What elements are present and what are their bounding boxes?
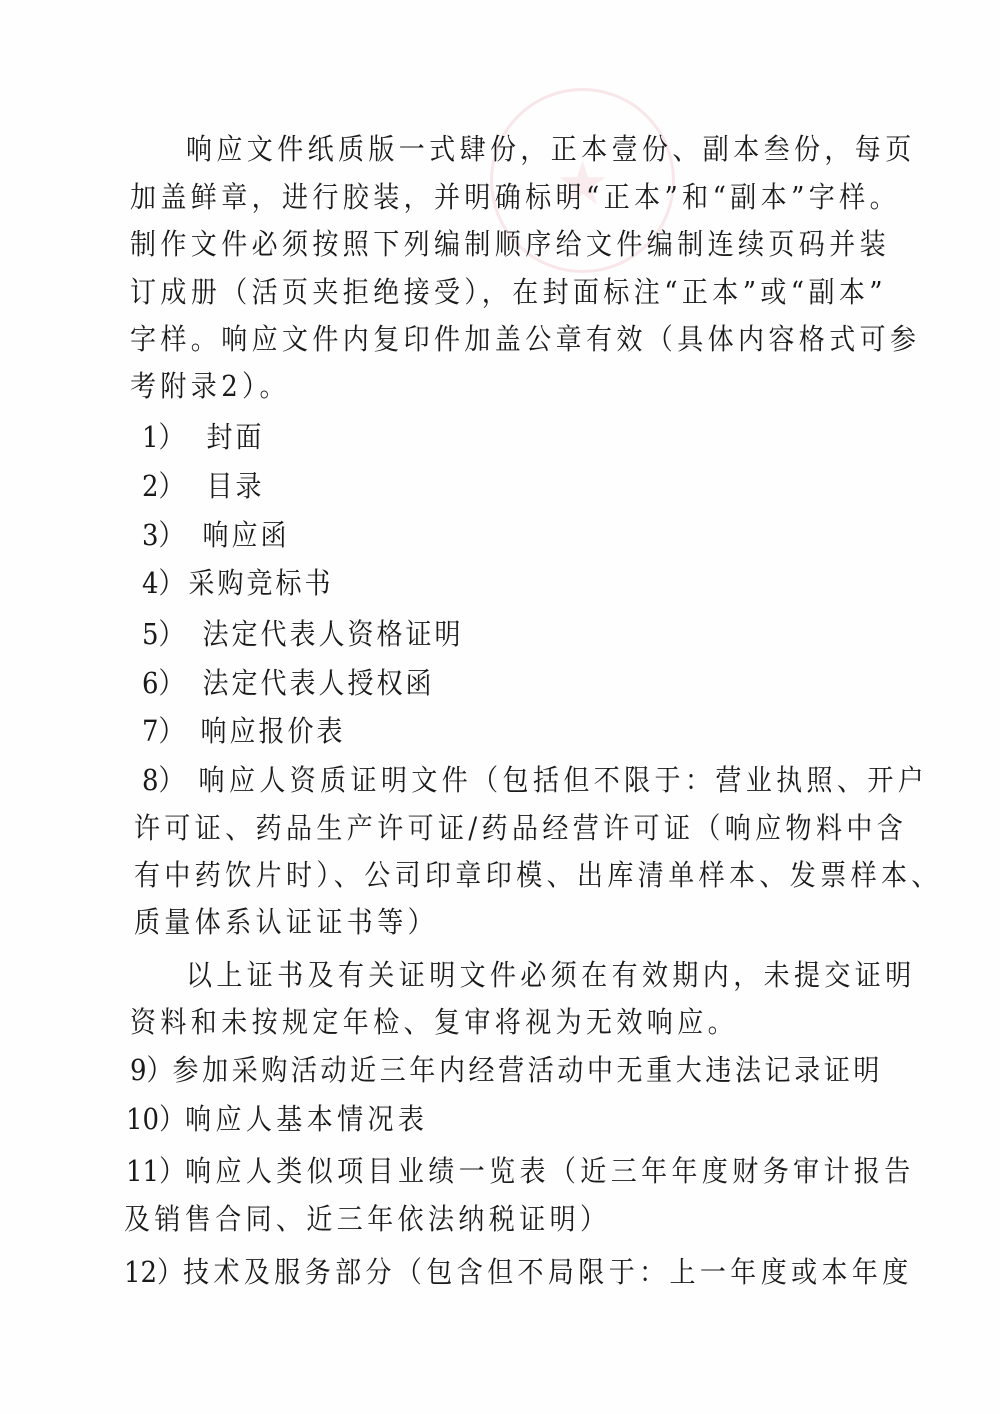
list-item-number: 4） — [142, 567, 185, 601]
list-item: 9）参加采购活动近三年内经营活动中无重大违法记录证明 — [130, 1054, 860, 1088]
list-item-text: 封面 — [207, 421, 265, 455]
list-item-continuation: 许可证、药品生产许可证/药品经营许可证（响应物料中含 — [134, 812, 864, 846]
list-item-number: 2） — [142, 470, 185, 504]
list-item-number: 3） — [142, 519, 185, 553]
list-item: 3）响应函 — [142, 519, 872, 553]
list-item-text: 技术及服务部分（包含但不局限于：上一年度或本年度 — [183, 1256, 913, 1290]
list-item: 11）响应人类似项目业绩一览表（近三年年度财务审计报告 — [126, 1155, 856, 1189]
list-item-number: 11） — [126, 1155, 185, 1189]
list-item-text: 响应人基本情况表 — [185, 1103, 428, 1137]
list-item-text: 法定代表人授权函 — [203, 667, 435, 701]
validity-note-line-1: 以上证书及有关证明文件必须在有效期内，未提交证明 — [186, 959, 916, 993]
list-item-text: 目录 — [207, 470, 265, 504]
list-item-text: 采购竞标书 — [189, 567, 334, 601]
validity-note-line-2: 资料和未按规定年检、复审将视为无效响应。 — [130, 1006, 860, 1040]
list-item: 2）目录 — [142, 470, 872, 504]
intro-line-2: 加盖鲜章，进行胶装，并明确标明“正本”和“副本”字样。 — [130, 181, 860, 215]
list-item-text: 响应报价表 — [201, 715, 346, 749]
list-item-number: 10） — [126, 1103, 185, 1137]
list-item-number: 12） — [124, 1256, 183, 1290]
list-item-number: 7） — [142, 715, 185, 749]
list-item-continuation: 质量体系认证证书等） — [134, 906, 864, 940]
list-item: 10）响应人基本情况表 — [126, 1103, 856, 1137]
list-item-text: 响应函 — [203, 519, 290, 553]
list-item-number: 6） — [142, 667, 185, 701]
list-item: 8）响应人资质证明文件（包括但不限于：营业执照、开户 — [142, 764, 872, 798]
list-item: 7）响应报价表 — [142, 715, 872, 749]
list-item-number: 1） — [142, 421, 185, 455]
list-item: 1）封面 — [142, 421, 872, 455]
list-item-number: 5） — [142, 618, 185, 652]
list-item-text: 参加采购活动近三年内经营活动中无重大违法记录证明 — [173, 1054, 883, 1088]
list-item-continuation: 有中药饮片时）、公司印章印模、出库清单样本、发票样本、 — [134, 859, 864, 893]
list-item-text: 响应人资质证明文件（包括但不限于：营业执照、开户 — [199, 764, 929, 798]
document-page: ★ 响应文件纸质版一式肆份，正本壹份、副本叁份，每页 加盖鲜章，进行胶装，并明确… — [0, 0, 1000, 1414]
list-item: 12）技术及服务部分（包含但不局限于：上一年度或本年度 — [124, 1256, 854, 1290]
intro-line-1: 响应文件纸质版一式肆份，正本壹份、副本叁份，每页 — [186, 133, 916, 167]
intro-line-6: 考附录2）。 — [130, 370, 860, 404]
list-item-continuation: 及销售合同、近三年依法纳税证明） — [124, 1203, 854, 1237]
intro-line-5: 字样。响应文件内复印件加盖公章有效（具体内容格式可参 — [130, 323, 860, 357]
list-item: 5）法定代表人资格证明 — [142, 618, 872, 652]
list-item-text: 法定代表人资格证明 — [203, 618, 464, 652]
list-item: 6）法定代表人授权函 — [142, 667, 872, 701]
intro-line-3: 制作文件必须按照下列编制顺序给文件编制连续页码并装 — [130, 228, 860, 262]
intro-line-4: 订成册（活页夹拒绝接受），在封面标注“正本”或“副本” — [130, 276, 860, 310]
list-item-number: 9） — [130, 1054, 173, 1088]
list-item-number: 8） — [142, 764, 185, 798]
list-item: 4）采购竞标书 — [142, 567, 872, 601]
list-item-text: 响应人类似项目业绩一览表（近三年年度财务审计报告 — [185, 1155, 915, 1189]
